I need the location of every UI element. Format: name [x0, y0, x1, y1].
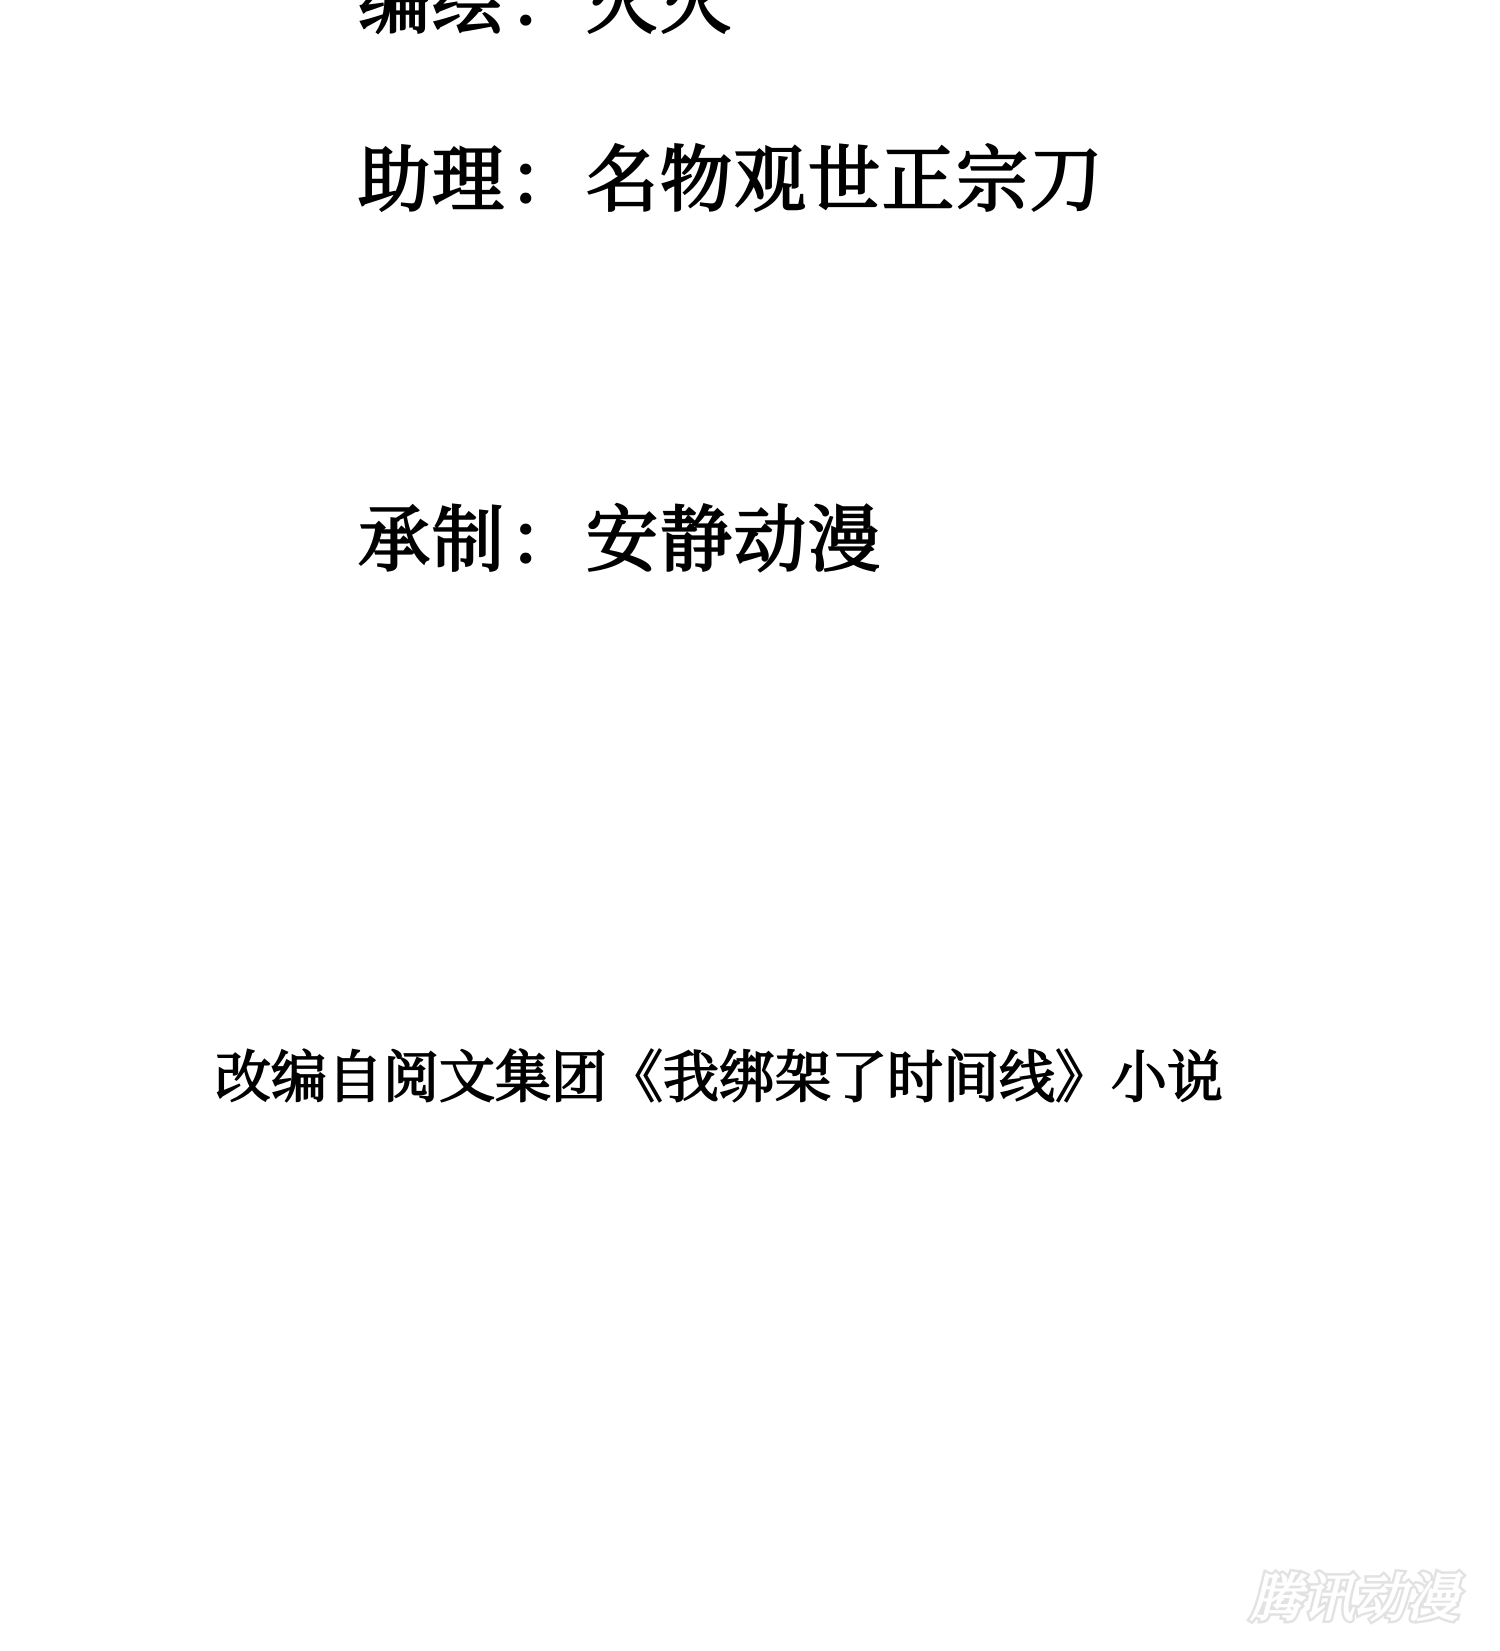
credit-artist: 编绘：火火 — [358, 0, 734, 42]
credit-name: 火火 — [586, 0, 734, 44]
credit-colon: ： — [506, 140, 586, 220]
credit-producer: 承制：安静动漫 — [358, 500, 882, 580]
credit-assistant: 助理：名物观世正宗刀 — [358, 140, 1104, 220]
tencent-comics-watermark-logo: 腾讯动漫 — [1250, 1568, 1482, 1630]
credit-name: 名物观世正宗刀 — [586, 138, 1104, 222]
credit-role: 承制 — [358, 498, 506, 582]
credit-colon: ： — [506, 500, 586, 580]
adaptation-note: 改编自阅文集团《我绑架了时间线》小说 — [215, 1047, 1223, 1111]
credit-role: 助理 — [358, 138, 506, 222]
credit-name: 安静动漫 — [586, 498, 882, 582]
credit-role: 编绘 — [358, 0, 506, 44]
credit-colon: ： — [506, 0, 586, 42]
